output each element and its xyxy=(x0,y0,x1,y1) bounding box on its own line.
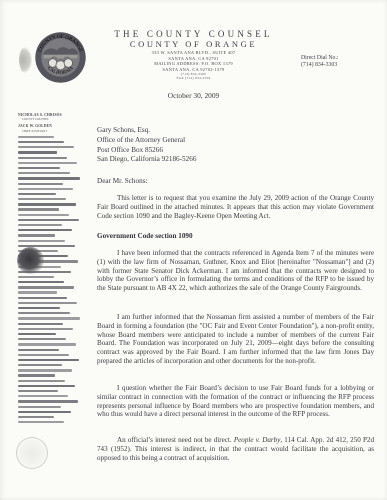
recipient-org: Office of the Attorney General xyxy=(97,136,377,146)
recipient-city: San Diego, California 92186-5266 xyxy=(97,155,377,165)
section-heading-gov-code-1090: Government Code section 1090 xyxy=(97,232,374,240)
body-paragraph-5: An official’s interest need not be direc… xyxy=(97,436,374,462)
recipient-po-box: Post Office Box 85266 xyxy=(97,146,377,156)
staff-title: COUNTY COUNSEL xyxy=(22,117,90,121)
body-paragraph-4: I question whether the Fair Board’s deci… xyxy=(97,384,374,419)
letter-date: October 30, 2009 xyxy=(0,91,387,100)
case-citation: People v. Darby xyxy=(234,436,281,444)
staff-title: CHIEF ASSISTANT xyxy=(22,129,90,133)
recipient-name: Gary Schons, Esq. xyxy=(97,126,377,136)
faint-ring-stain xyxy=(16,437,48,469)
direct-dial-label: Direct Dial No.: xyxy=(301,55,383,62)
scanned-letter-page: COUNTY OF ORANGE CALIFORNIA THE COUNTY C… xyxy=(0,0,387,500)
ink-blot-smudge xyxy=(17,247,44,274)
letterhead-org-subname: COUNTY OF ORANGE xyxy=(0,39,387,49)
salutation: Dear Mr. Schons: xyxy=(97,177,377,185)
recipient-address-block: Gary Schons, Esq. Office of the Attorney… xyxy=(97,126,377,165)
fax-line: FAX (714) 834-2359 xyxy=(0,76,387,80)
direct-dial-block: Direct Dial No.: (714) 834-3303 xyxy=(301,55,383,69)
letterhead-org-name: THE COUNTY COUNSEL xyxy=(0,29,387,39)
body-paragraph-2: I have been informed that the contracts … xyxy=(97,249,374,293)
body-paragraph-1: This letter is to request that you exami… xyxy=(97,194,374,220)
staff-illegible-list xyxy=(18,136,90,424)
body-paragraph-3: I am further informed that the Nossaman … xyxy=(97,313,374,366)
direct-dial-number: (714) 834-3303 xyxy=(301,62,383,69)
p5-text-before: An official’s interest need not be direc… xyxy=(117,436,234,444)
